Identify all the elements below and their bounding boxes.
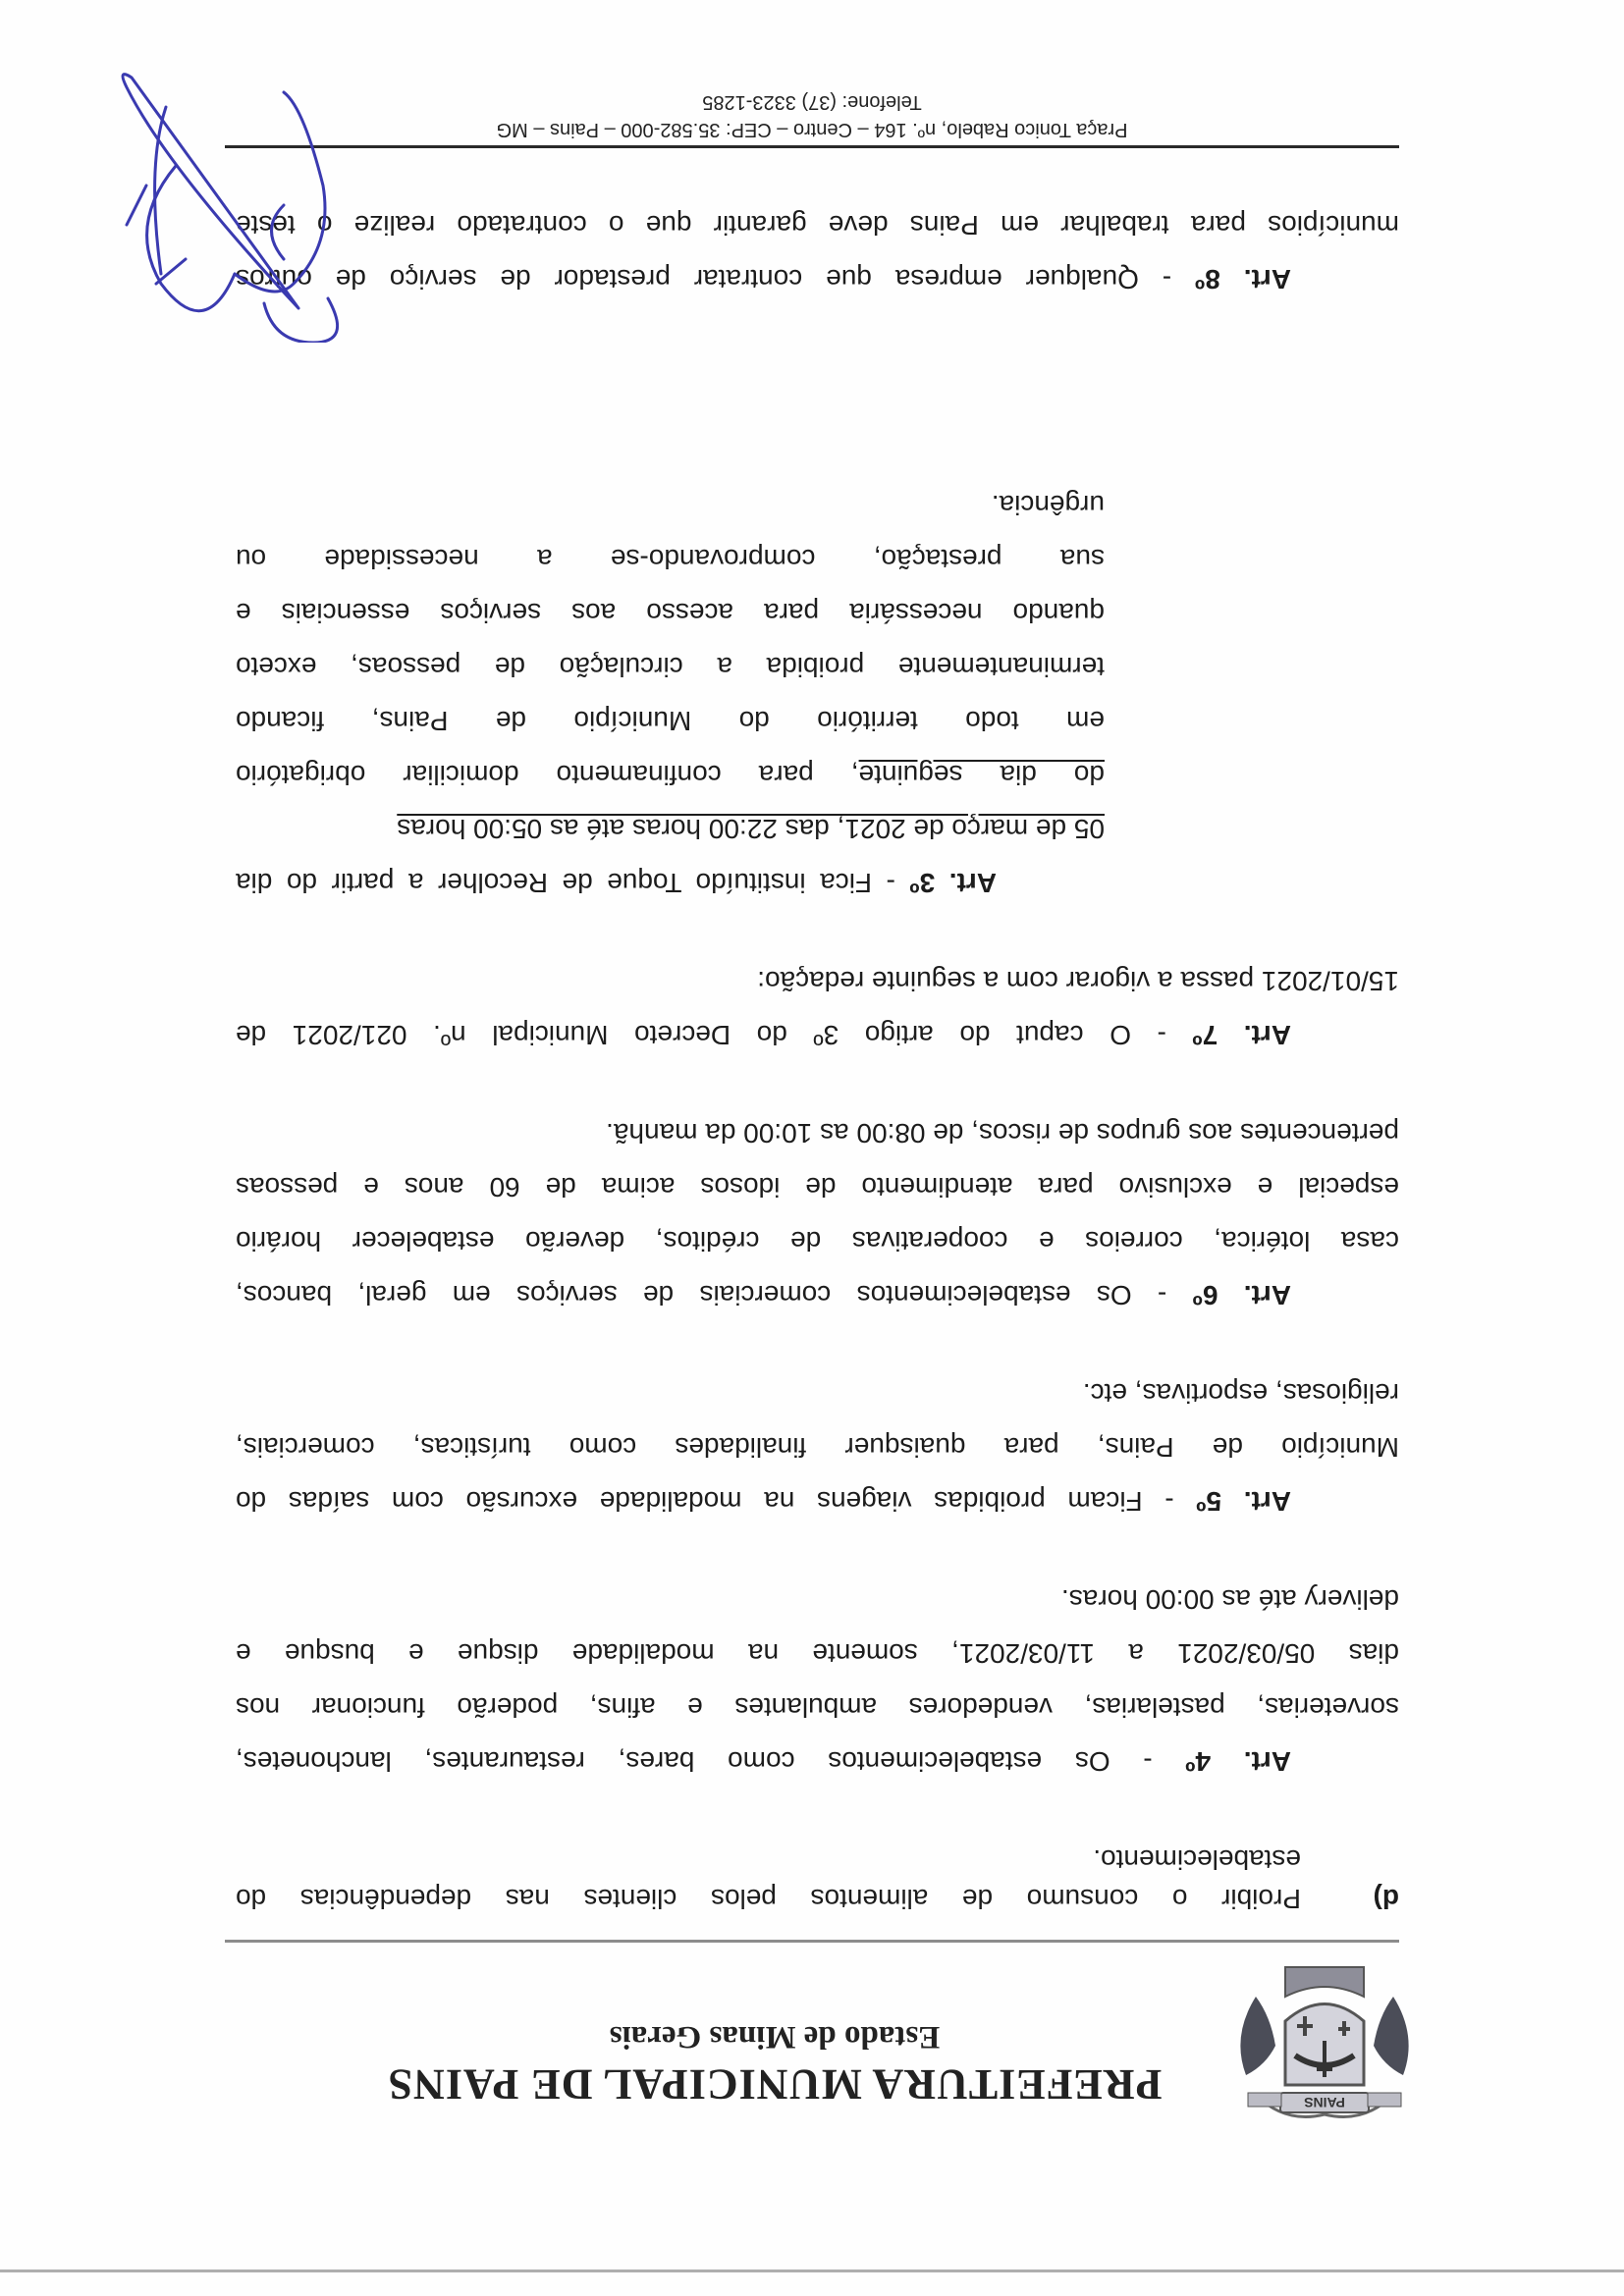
- scanned-document-page: PAINS PREFEITURA MUNICIPAL DE PAINS Esta…: [0, 0, 1624, 2296]
- art3-line-2: 05 de março de 2021, das 22:00 horas até…: [397, 812, 1105, 845]
- art6-label: Art. 6º: [1193, 1280, 1291, 1310]
- page-title: PREFEITURA MUNICIPAL DE PAINS: [333, 2059, 1217, 2109]
- art4-line-2: sorveterias, pastelarias, vendedores amb…: [236, 1690, 1399, 1724]
- art8-label: Art. 8º: [1195, 264, 1291, 294]
- art5-line-3: religiosas, esportivas, etc.: [1083, 1376, 1399, 1410]
- scan-edge-line: [0, 2269, 1624, 2272]
- art7-line-1: Art. 7º - O caput do artigo 3º do Decret…: [236, 1018, 1291, 1051]
- art3-line-6: quando necessária para acesso aos serviç…: [236, 596, 1105, 629]
- footer-divider: [225, 145, 1399, 148]
- art3-label: Art. 3º: [909, 868, 997, 898]
- handwritten-signature-icon: [87, 48, 382, 343]
- art3-line-3: do dia seguinte, para confinamento domic…: [236, 758, 1105, 791]
- art5-label: Art. 5º: [1196, 1486, 1291, 1517]
- footer-phone: Telefone: (37) 3323-1285: [225, 90, 1399, 113]
- art3-line-1: Art. 3º - Fica instituído Toque de Recol…: [236, 866, 997, 899]
- art7-line-2: 15/01/2021 passa a vigorar com a seguint…: [757, 964, 1399, 997]
- svg-text:PAINS: PAINS: [1304, 2095, 1345, 2110]
- art7-label: Art. 7º: [1192, 1020, 1291, 1050]
- art4-line-3: dias 05/03/2021 a 11/03/2021, somente na…: [236, 1636, 1399, 1670]
- art8-line-1: Art. 8º - Qualquer empresa que contratar…: [236, 262, 1291, 295]
- art6-line-4: pertencentes aos grupos de riscos, de 08…: [606, 1116, 1399, 1149]
- art6-line-2: casa lotérica, correios e cooperativas d…: [236, 1224, 1399, 1257]
- art4-line-1: Art. 4º - Os estabelecimentos como bares…: [236, 1744, 1291, 1778]
- item-d-line-1: Proibir o consumo de alimentos pelos cli…: [236, 1882, 1301, 1915]
- item-d-marker: d): [1374, 1882, 1399, 1915]
- art6-line-3: especial e exclusivo para atendimento de…: [236, 1170, 1399, 1203]
- art4-label: Art. 4º: [1185, 1746, 1291, 1777]
- art3-line-7: sua prestação, comprovando-se a necessid…: [236, 542, 1105, 575]
- art3-line-5: terminantemente proibida a circulação de…: [236, 650, 1105, 683]
- art6-line-1: Art. 6º - Os estabelecimentos comerciais…: [236, 1278, 1291, 1311]
- art4-line-4: delivery até as 00:00 horas.: [1061, 1582, 1399, 1616]
- art8-line-2: municípios para trabalhar em Pains deve …: [236, 208, 1399, 241]
- municipal-coat-of-arms-icon: PAINS: [1226, 1962, 1423, 2134]
- page-subtitle: Estado de Minas Gerais: [333, 2018, 1217, 2055]
- art5-line-1: Art. 5º - Ficam proibidas viagens na mod…: [236, 1484, 1291, 1518]
- art5-line-2: Município de Pains, para quaisquer final…: [236, 1430, 1399, 1464]
- footer-address: Praça Tonico Rabelo, nº. 164 – Centro – …: [225, 118, 1399, 140]
- art3-line-4: em todo território do Município de Pains…: [236, 704, 1105, 737]
- item-d-line-2: estabelecimento.: [1093, 1842, 1301, 1876]
- art3-line-8: urgência.: [992, 488, 1105, 521]
- header-divider: [225, 1940, 1399, 1943]
